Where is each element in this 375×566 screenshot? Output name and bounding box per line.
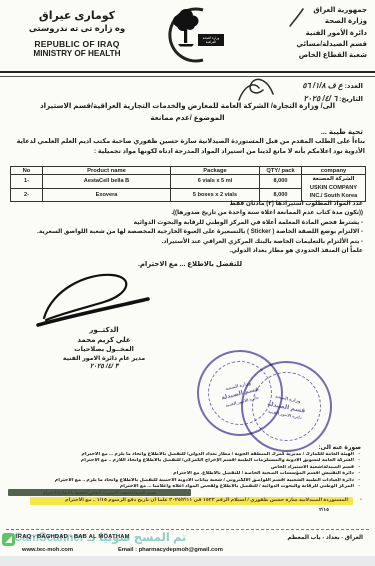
reference-number-label: العدد: bbox=[345, 83, 363, 90]
header-divider-thin bbox=[0, 76, 375, 77]
copy-item-yellow-highlighted: المستوردة الصيدلانية سارة حسين ظفوري / ا… bbox=[30, 497, 353, 505]
company-manufacturer-label: الشركة المصنعة bbox=[304, 176, 363, 184]
handwritten-check-mark bbox=[289, 8, 305, 28]
header-arabic-line: جمهورية العراق bbox=[249, 5, 367, 16]
footer-address-arabic: العراق - بغداد - باب المعظم bbox=[287, 535, 363, 541]
company-country: INC./ South Korea bbox=[304, 192, 363, 200]
closing-line: للتفضل بالاطلاع ... مع الاحترام. bbox=[100, 260, 280, 268]
copy-item-dark-highlighted: قسم الصيدلة/شعبة الاستيراد الخاص/للحفظ ب… bbox=[8, 489, 191, 496]
signer-title: الدكتــور bbox=[28, 327, 180, 335]
signature-date: ٣ /٤/ ٢٠٢٥ bbox=[28, 363, 180, 370]
reference-number: العدد: ع ف ١/٨/ ٥٦ bbox=[302, 80, 363, 93]
footer-website: www.tec-moh.com bbox=[22, 547, 73, 553]
signature bbox=[32, 268, 164, 330]
table-row: 1- AestaCell bella B 6 vials x 5 ml 8,00… bbox=[11, 175, 366, 189]
cell-company: الشركة المصنعة USKIN COMPANY INC./ South… bbox=[302, 175, 366, 202]
table-header-row: No Product name Package QTY/ pack compan… bbox=[11, 167, 366, 175]
conditions-list: عدد المواد المطلوب استيرادها (٢) مادتان … bbox=[10, 200, 363, 257]
cell-product: AestaCell bella B bbox=[43, 175, 171, 189]
company-name: USKIN COMPANY bbox=[304, 184, 363, 192]
logo-label: وزارة الصحة العراقية bbox=[198, 34, 224, 46]
english-subtitle: MINISTRY OF HEALTH bbox=[12, 49, 142, 58]
cell-qty: 8,000 bbox=[260, 175, 302, 189]
greeting-line: تحية طيبة ... bbox=[321, 127, 363, 136]
column-header-no: No bbox=[11, 167, 43, 175]
signer-name: علي كريم محمد bbox=[28, 337, 180, 345]
header-arabic-block: جمهورية العراق وزارة الصحة دائرة الأمور … bbox=[249, 5, 367, 62]
english-title: REPUBLIC OF IRAQ bbox=[12, 39, 142, 49]
column-header-package: Package bbox=[171, 167, 260, 175]
subject-line: الموضوع /عدم ممانعة bbox=[0, 113, 375, 122]
products-table: No Product name Package QTY/ pack compan… bbox=[10, 166, 366, 202]
header-arabic-line: وزارة الصحة bbox=[249, 16, 367, 27]
camscanner-icon bbox=[2, 533, 15, 546]
page-note: ٢/١٥ bbox=[319, 507, 329, 513]
condition-line: - يتم الألتزام بالتعليمات الخاصة بالبنك … bbox=[10, 238, 363, 247]
tree-icon bbox=[173, 9, 199, 47]
footer-email: Email : pharmacydepmoh@gmail.com bbox=[118, 547, 223, 553]
highlight-bullet: - bbox=[360, 497, 362, 503]
cell-no: 1- bbox=[11, 175, 43, 189]
condition-line: عدد المواد المطلوب استيرادها (٢) مادتان … bbox=[10, 200, 363, 209]
reference-number-value: ع ف ١/٨/ ٥٦ bbox=[302, 81, 342, 90]
letter-body: بناءاً على الطلب المقدم من قبل المستوردة… bbox=[10, 137, 365, 158]
header-arabic-line: دائرة الأمور الفنية bbox=[249, 28, 367, 39]
condition-line: - الالتزام بوضع اللصقة الخاصة ( Sticker … bbox=[10, 228, 363, 237]
ministry-logo: وزارة الصحة العراقية bbox=[141, 3, 231, 69]
condition-line: - يشترط فحص المادة المعلمة أعلاه في المر… bbox=[10, 219, 363, 228]
column-header-qty: QTY/ pack bbox=[260, 167, 302, 175]
header-kurdish-english-block: كوماری عیراق وه زاره تی ته ندروستی REPUB… bbox=[12, 9, 142, 58]
column-header-company: company bbox=[302, 167, 366, 175]
kurdish-subtitle: وه زاره تی ته ندروستی bbox=[12, 23, 142, 34]
copies-list: الهيئة العامة للكمارك / مديرية كمرك المن… bbox=[6, 452, 361, 490]
footer-address-english: IRAQ - BAGHDAD - BAB AL MOATHAM bbox=[16, 534, 130, 540]
signer-position: مدير عام دائرة الامور الفنية bbox=[28, 356, 180, 363]
addressee-line: الى/ وزارة التجارة/ الشركة العامة للمعار… bbox=[0, 101, 375, 110]
scanned-official-letter: جمهورية العراق وزارة الصحة دائرة الأمور … bbox=[0, 0, 375, 566]
header-arabic-line: شعبة القطاع الخاص bbox=[249, 50, 367, 61]
column-header-product: Product name bbox=[43, 167, 171, 175]
condition-line: ((تكون مدة كتاب عدم الممانعة اعلاه سنة و… bbox=[10, 209, 363, 218]
scan-edge bbox=[0, 556, 375, 566]
cell-package: 6 vials x 5 ml bbox=[171, 175, 260, 189]
header-divider-thick bbox=[0, 71, 375, 73]
stamp-text: وزارة الصحة قسم الصيدلة دائرة الامور الف… bbox=[235, 355, 337, 457]
kurdish-title: كوماری عیراق bbox=[12, 9, 142, 22]
header-arabic-line: قسم الصيدلة/مسائي bbox=[249, 39, 367, 50]
handwritten-scribble bbox=[231, 74, 277, 102]
signature-block: الدكتــور علي كريم محمد المخــول بصلاحيا… bbox=[28, 327, 180, 371]
condition-line: علماً ان المنفذ الحدودي هو مطار بغداد ال… bbox=[10, 247, 363, 256]
copies-heading: صورة عنه الى: bbox=[319, 444, 361, 451]
signer-authorization: المخــول بصلاحيات bbox=[28, 346, 180, 353]
